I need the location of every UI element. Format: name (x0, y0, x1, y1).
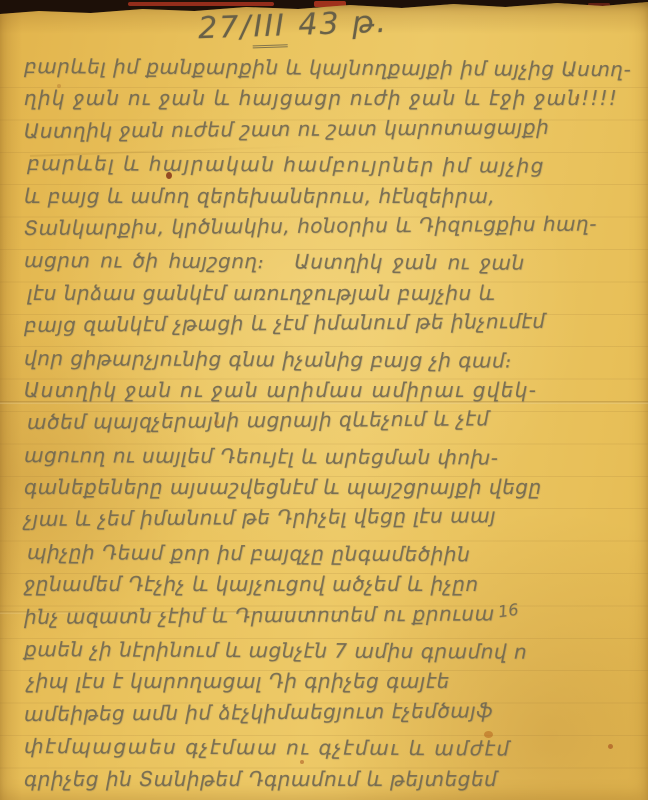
handwritten-line: բայց զանկէմ չթացի և չէմ իմանում թե ինչու… (24, 304, 636, 341)
handwritten-line: ջընամեմ Դէչիչ և կայչուցով ածչեմ և իչըո (24, 568, 636, 600)
handwritten-line: Աստղիկ ջան ուժեմ շատ ու շատ կարոտացայքի (24, 110, 636, 147)
handwriting-block: բարևել իմ քանքարքին և կայնողքայքի իմ այչ… (24, 50, 636, 795)
handwritten-line: Տանկարքիս, կրծնակիս, հօնօրիս և Դիզուցքիս… (24, 207, 636, 244)
handwritten-line: պիչըի Դեամ քոր իմ բայզչը ընգամեծիին (27, 536, 636, 572)
letter-scan: 27/III 43 թ. բարևել իմ քանքարքին և կայնո… (0, 0, 648, 800)
date-day: 27/ (198, 9, 253, 46)
date-year: 43 թ. (286, 5, 388, 44)
paper-sheet: 27/III 43 թ. բարևել իմ քանքարքին և կայնո… (0, 0, 648, 800)
handwritten-line: փէմպացաես գչէմաա ու գչէմաւ և ամժէմ (24, 730, 636, 766)
handwritten-line: ինչ ազատն չէիմ և Դրաստոտեմ ու քրուսա (24, 596, 636, 633)
torn-edge-red-mark (128, 2, 274, 6)
handwritten-line: ածեմ պայզչերայնի ացրայի զևեչում և չէմ (27, 402, 636, 439)
handwritten-line: ացուող ու սայլեմ Դեույէլ և արեցման փոխ- (24, 439, 636, 475)
handwritten-line: չյաւ և չեմ իմանում թե Դրիչել վեցը լէս աա… (24, 499, 636, 536)
inserted-number: 16 (497, 600, 520, 622)
handwritten-line: բարևել իմ քանքարքին և կայնողքայքի իմ այչ… (24, 50, 636, 86)
handwritten-line: բարևել և հայրական համբույրներ իմ այչից (27, 147, 636, 183)
handwritten-line: ացրտ ու ծի հայշցող։ Աստղիկ ջան ու ջան (24, 244, 636, 280)
date-month: III (252, 8, 288, 48)
handwritten-line: քաեն չի նէրինում և ացնչէն 7 ամիս գրամով … (24, 633, 636, 669)
date-heading: 27/III 43 թ. (167, 4, 418, 48)
handwritten-line: վոր ցիթարչյունից գնա իչանից բայց չի գամ։ (24, 342, 636, 378)
handwritten-line: ամեիթեց ամն իմ ձէչկիմաեցյուտ էչեմծայֆ (24, 693, 636, 730)
handwritten-line: գրիչեց ին Տանիթեմ Դգրամում և թեյտեցեմ (24, 763, 636, 795)
